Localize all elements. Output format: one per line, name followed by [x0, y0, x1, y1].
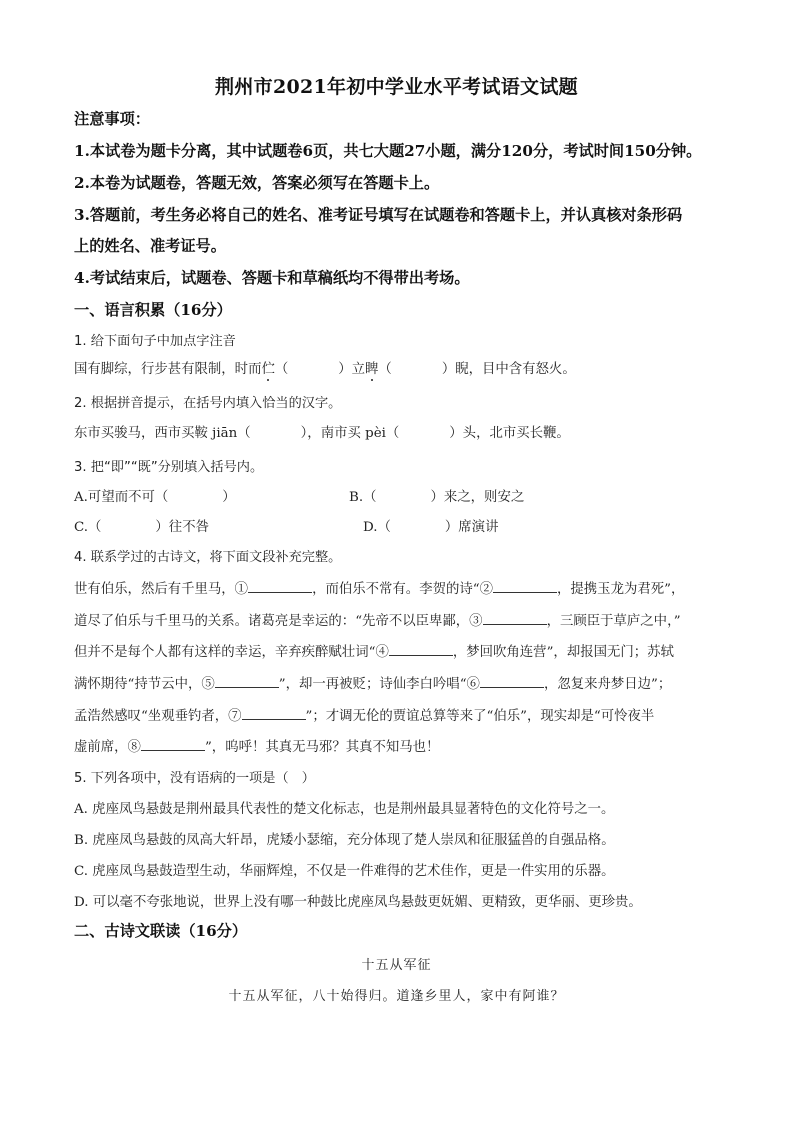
q4-text: 但并不是每个人都有这样的幸运，辛弃疾醉赋壮词“④ [74, 645, 389, 660]
q4-text: ”，呜呼！其真无马邪？其真不知马也！ [205, 740, 440, 755]
q3-prompt: 3. 把“即”“既”分别填入括号内。 [74, 456, 263, 475]
q3-a-post: ） [222, 490, 235, 505]
q4-blank-7[interactable] [242, 706, 306, 720]
q1-paren-open-2: （ [378, 362, 391, 377]
q4-text: 虚前席，⑧ [74, 740, 141, 755]
q1-text-c: ）立 [338, 362, 365, 377]
q1-paren-open-1: （ [275, 362, 288, 377]
q4-blank-2[interactable] [493, 579, 557, 593]
q3-option-b: B.（）来之，则安之 [349, 486, 524, 505]
q1-sentence: 国有脚综，行步甚有限制，时而伫（）立睥（）睨，目中含有怒火。 [74, 358, 576, 377]
q4-text: ”，却一再被贬；诗仙李白吟唱“⑥ [279, 677, 480, 692]
notice-heading: 注意事项： [74, 108, 150, 129]
q1-text-a: 国有脚综，行步甚有限制，时而 [74, 362, 261, 377]
q1-dotted-char-1: 伫 [261, 362, 274, 377]
q4-line-1: 世有伯乐，然后有千里马，①，而伯乐不常有。李贺的诗“②，提携玉龙为君死”， [74, 578, 684, 597]
q4-text: ，梦回吹角连营”，却报国无门；苏轼 [453, 645, 674, 660]
q2-sentence: 东市买骏马，西市买鞍 jiān（），南市买 pèi（）头，北市买长鞭。 [74, 422, 570, 441]
exam-page: 荆州市2021年初中学业水平考试语文试题 注意事项： 1.本试卷为题卡分离，其中… [0, 0, 793, 1122]
poem-title: 十五从军征 [0, 954, 793, 973]
q3-row-ab: A.可望而不可（） B.（）来之，则安之 [74, 486, 714, 505]
section-1-heading: 一、语言积累（16分） [74, 299, 232, 320]
q3-b-post: ）来之，则安之 [431, 490, 525, 505]
q3-b-pre: B.（ [349, 490, 377, 505]
q3-option-c: C.（）往不咎 [74, 520, 209, 535]
q3-c-pre: C.（ [74, 520, 101, 535]
q2-text-b: ），南市买 pèi（ [301, 426, 400, 441]
q1-text-e: ）睨，目中含有怒火。 [442, 362, 576, 377]
q4-text: ，而伯乐不常有。李贺的诗“② [312, 582, 493, 597]
q3-d-post: ）席演讲 [445, 520, 499, 535]
notice-item-1: 1.本试卷为题卡分离，其中试题卷6页，共七大题27小题，满分120分，考试时间1… [74, 140, 701, 161]
q4-text: ”；才调无伦的贾谊总算等来了“伯乐”，现实却是“可怜夜半 [306, 709, 655, 724]
notice-item-3-cont: 上的姓名、准考证号。 [74, 235, 226, 256]
q4-line-4: 满怀期待“持节云中，⑤”，却一再被贬；诗仙李白吟唱“⑥，忽复来舟梦日边”； [74, 673, 671, 692]
q3-row-cd: C.（）往不咎 D.（）席演讲 [74, 516, 714, 535]
q4-blank-4[interactable] [389, 642, 453, 656]
q3-c-post: ）往不咎 [155, 520, 209, 535]
section-2-heading: 二、古诗文联读（16分） [74, 920, 247, 941]
q2-prompt: 2. 根据拼音提示，在括号内填入恰当的汉字。 [74, 392, 341, 411]
q2-text-c: ）头，北市买长鞭。 [449, 426, 570, 441]
q5-option-a[interactable]: A. 虎座凤鸟悬鼓是荆州最具代表性的楚文化标志，也是荆州最具显著特色的文化符号之… [74, 798, 614, 817]
q5-option-c[interactable]: C. 虎座凤鸟悬鼓造型生动，华丽辉煌，不仅是一件难得的艺术佳作，更是一件实用的乐… [74, 860, 615, 879]
q4-text: ，提携玉龙为君死”， [557, 582, 684, 597]
poem-line-1: 十五从军征，八十始得归。道逢乡里人，家中有阿谁？ [0, 985, 793, 1004]
page-title: 荆州市2021年初中学业水平考试语文试题 [0, 72, 793, 99]
q1-dotted-char-2: 睥 [365, 362, 378, 377]
q4-line-5: 孟浩然感叹“坐观垂钓者，⑦”；才调无伦的贾谊总算等来了“伯乐”，现实却是“可怜夜… [74, 705, 654, 724]
q4-text: 道尽了伯乐与千里马的关系。诸葛亮是幸运的：“先帝不以臣卑鄙，③ [74, 614, 483, 629]
q4-blank-3[interactable] [483, 611, 547, 625]
q5-prompt: 5. 下列各项中，没有语病的一项是（ ） [74, 767, 315, 786]
q3-option-a: A.可望而不可（） [74, 490, 236, 505]
q4-text: 世有伯乐，然后有千里马，① [74, 582, 248, 597]
q4-prompt: 4. 联系学过的古诗文，将下面文段补充完整。 [74, 546, 341, 565]
notice-item-3: 3.答题前，考生务必将自己的姓名、准考证号填写在试题卷和答题卡上，并认真核对条形… [74, 204, 682, 225]
q1-prompt: 1. 给下面句子中加点字注音 [74, 330, 236, 349]
q4-blank-1[interactable] [248, 579, 312, 593]
q3-a-pre: A.可望而不可（ [74, 490, 168, 505]
notice-item-4: 4.考试结束后，试题卷、答题卡和草稿纸均不得带出考场。 [74, 267, 470, 288]
q4-blank-5[interactable] [215, 674, 279, 688]
q4-blank-6[interactable] [480, 674, 544, 688]
q5-option-d[interactable]: D. 可以毫不夸张地说，世界上没有哪一种鼓比虎座凤鸟悬鼓更妩媚、更精致，更华丽、… [74, 891, 642, 910]
q4-text: 孟浩然感叹“坐观垂钓者，⑦ [74, 709, 242, 724]
q4-text: 满怀期待“持节云中，⑤ [74, 677, 215, 692]
q3-d-pre: D.（ [363, 520, 391, 535]
q4-blank-8[interactable] [141, 737, 205, 751]
q4-line-2: 道尽了伯乐与千里马的关系。诸葛亮是幸运的：“先帝不以臣卑鄙，③，三顾臣于草庐之中… [74, 610, 681, 629]
q5-option-b[interactable]: B. 虎座凤鸟悬鼓的凤高大轩昂，虎矮小瑟缩，充分体现了楚人崇凤和征服猛兽的自强品… [74, 829, 615, 848]
q4-line-6: 虚前席，⑧”，呜呼！其真无马邪？其真不知马也！ [74, 736, 439, 755]
q4-text: ，忽复来舟梦日边”； [544, 677, 671, 692]
q3-option-d: D.（）席演讲 [363, 516, 498, 535]
notice-item-2: 2.本卷为试题卷，答题无效，答案必须写在答题卡上。 [74, 172, 439, 193]
q2-text-a: 东市买骏马，西市买鞍 jiān（ [74, 426, 251, 441]
q4-line-3: 但并不是每个人都有这样的幸运，辛弃疾醉赋壮词“④，梦回吹角连营”，却报国无门；苏… [74, 641, 674, 660]
q4-text: ，三顾臣于草庐之中，” [547, 614, 681, 629]
